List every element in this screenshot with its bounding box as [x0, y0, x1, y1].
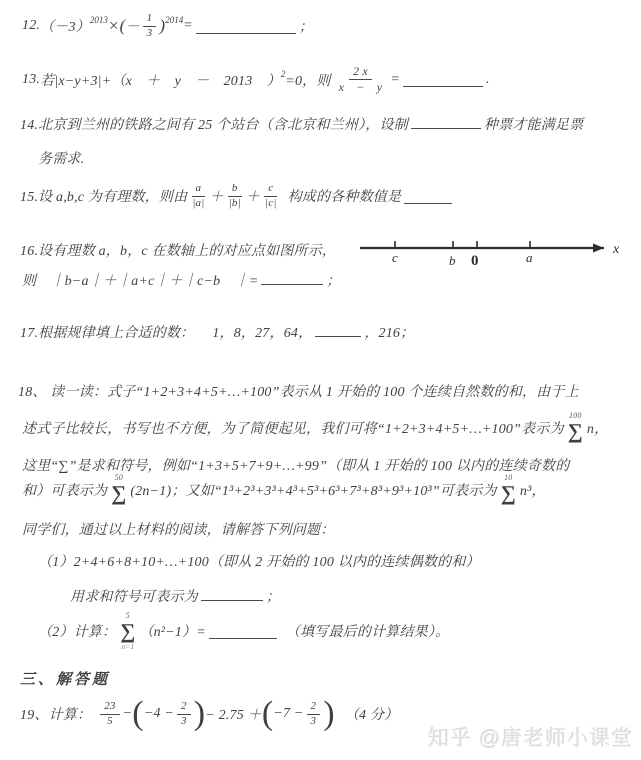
sigma-icon: ∑: [568, 421, 583, 442]
fraction: 13: [143, 12, 157, 41]
answer-blank: [261, 270, 323, 285]
number-sequence: 1，8，27，64，: [212, 326, 312, 341]
question-text: 构成的各种数值是: [288, 186, 402, 206]
math-segment: −4 −: [144, 706, 174, 722]
axis-label-x: x: [612, 242, 620, 257]
equals-sign: =: [390, 72, 400, 88]
question-15: 15.设 a,b,c 为有理数，则由 a|a| ＋ b|b| ＋ c|c| 构成…: [20, 182, 455, 211]
question-text: 16.设有理数 a，b，c 在数轴上的对应点如图所示，: [20, 244, 336, 259]
sigma-notation: 5∑n=1: [120, 612, 135, 651]
question-number: 13.: [22, 72, 40, 88]
axis-label-a: a: [526, 250, 533, 265]
question-text: 18、 读一读：式子“1+2+3+4+5+…+100”表示从 1 开始的 100…: [18, 385, 579, 400]
fraction: 235: [100, 700, 119, 729]
math-segment: −7 −: [273, 706, 303, 722]
denominator: 5: [105, 715, 115, 729]
q12-expression: 12. （－3）2013 ×( － 13 )2014 = ；: [22, 12, 313, 41]
axis-label-b: b: [449, 253, 456, 268]
punctuation: ；: [299, 16, 313, 36]
punctuation: .: [486, 72, 490, 88]
fraction: b|b|: [227, 182, 243, 211]
question-18-line4: 和）可表示为 50∑ (2n−1)；又如“1³+2³+3³+4³+5³+6³+7…: [22, 474, 546, 505]
question-text: 15.设 a,b,c 为有理数，则由: [20, 186, 187, 206]
close-paren: ): [323, 700, 335, 727]
watermark-text: 知乎 @唐老师小课堂: [428, 727, 633, 750]
question-18-part2: （2）计算： 5∑n=1 （n²−1）= （填写最后的计算结果）。: [38, 612, 449, 651]
worksheet-page: 12. （－3）2013 ×( － 13 )2014 = ； 13. 若|x−y…: [0, 0, 641, 760]
question-19: 19、 计算： 235 − ( −4 − 23 ) − 2.75 ＋ ( −7 …: [20, 700, 398, 729]
math-segment: ×(: [108, 16, 126, 36]
axis-label-zero: 0: [471, 253, 479, 269]
sigma-icon: ∑: [501, 483, 516, 504]
question-text: 务需求.: [38, 152, 84, 167]
punctuation: ；: [326, 274, 340, 289]
math-segment: n，: [587, 418, 608, 438]
answer-blank: [403, 72, 483, 87]
numerator: 1: [143, 12, 157, 27]
question-18-line2: 述式子比较长，书写也不方便，为了简便起见，我们可将“1+2+3+4+5+…+10…: [22, 412, 608, 443]
question-number: 19、: [20, 704, 49, 724]
question-13: 13. 若|x−y+3|+（x ＋ y － 2013 ）2 =0，则 2 xx …: [22, 64, 490, 95]
math-segment: − 2.75 ＋: [205, 704, 262, 724]
question-text: 这里“∑”是求和符号，例如“1+3+5+7+9+…+99”（即从 1 开始的 1…: [22, 459, 569, 474]
answer-blank: [315, 322, 361, 337]
question-18-line1: 18、 读一读：式子“1+2+3+4+5+…+100”表示从 1 开始的 100…: [18, 381, 579, 401]
number-line-figure: c b 0 a x: [358, 228, 634, 272]
q13-expression: 13. 若|x−y+3|+（x ＋ y － 2013 ）2 =0，则 2 xx …: [22, 64, 490, 95]
question-text: （1）2+4+6+8+10+…+100（即从 2 开始的 100 以内的连续偶数…: [38, 555, 480, 570]
math-segment: 若|x−y+3|+（x ＋ y － 2013 ）: [40, 70, 281, 90]
question-text: 种票才能满足票: [484, 118, 583, 133]
punctuation: ；: [266, 590, 280, 605]
denominator: |b|: [227, 197, 243, 211]
sigma-lower-limit: n=1: [121, 643, 134, 651]
number-sequence: ，216；: [364, 326, 414, 341]
question-18-part1-answer: 用求和符号可表示为；: [70, 586, 280, 606]
question-text: 述式子比较长，书写也不方便，为了简便起见，我们可将“1+2+3+4+5+…+10…: [22, 418, 564, 438]
section-title-text: 三、解答题: [20, 672, 110, 688]
question-text: （2）计算：: [38, 621, 116, 641]
question-18-line3: 这里“∑”是求和符号，例如“1+3+5+7+9+…+99”（即从 1 开始的 1…: [22, 455, 569, 475]
denominator: |c|: [263, 197, 279, 211]
plus-sign: ＋: [246, 186, 260, 206]
numerator: c: [264, 182, 277, 197]
math-segment: （－3）: [40, 16, 90, 36]
question-17: 17.根据规律填上合适的数：1，8，27，64，，216；: [20, 322, 414, 342]
minus-sign: −: [123, 706, 133, 722]
question-16-line2: 则 ｜b−a｜＋｜a+c｜＋｜c−b ｜=；: [22, 270, 341, 290]
math-segment: (2n−1)；又如“1³+2³+3³+4³+5³+6³+7³+8³+9³+10³…: [130, 480, 496, 500]
exponent: 2014: [165, 15, 183, 25]
minus-sign: －: [125, 16, 139, 36]
exponent: 2: [281, 69, 286, 79]
question-12: 12. （－3）2013 ×( － 13 )2014 = ；: [22, 12, 313, 41]
numerator: b: [228, 182, 242, 197]
question-18-part1: （1）2+4+6+8+10+…+100（即从 2 开始的 100 以内的连续偶数…: [38, 551, 480, 571]
watermark: 知乎 @唐老师小课堂: [428, 722, 633, 752]
denominator: x − y: [337, 80, 385, 95]
answer-blank: [411, 114, 481, 129]
question-text: 和）可表示为: [22, 480, 107, 500]
question-text: 同学们，通过以上材料的阅读，请解答下列问题：: [22, 523, 334, 538]
question-18-line5: 同学们，通过以上材料的阅读，请解答下列问题：: [22, 519, 334, 539]
question-text: 计算：: [49, 704, 92, 724]
denominator: 3: [145, 27, 155, 41]
exponent: 2013: [90, 15, 108, 25]
open-paren: (: [132, 700, 144, 727]
open-paren: (: [262, 700, 274, 727]
sigma-notation: 10∑: [501, 474, 516, 505]
question-text: （填写最后的计算结果）。: [286, 621, 449, 641]
sigma-icon: ∑: [111, 483, 126, 504]
fraction: c|c|: [263, 182, 279, 211]
question-text: 17.根据规律填上合适的数：: [20, 326, 194, 341]
fraction: 2 xx − y: [337, 64, 385, 95]
fraction: 23: [307, 700, 321, 729]
answer-blank: [201, 586, 263, 601]
numerator: 23: [100, 700, 119, 715]
question-text: 用求和符号可表示为: [70, 590, 198, 605]
answer-blank: [196, 19, 296, 34]
math-segment: n³，: [520, 480, 546, 500]
numerator: a: [192, 182, 206, 197]
sigma-notation: 100∑: [568, 412, 583, 443]
question-text: 14.北京到兰州的铁路之间有 25 个站台（含北京和兰州），设制: [20, 118, 408, 133]
section-heading: 三、解答题: [20, 668, 110, 689]
math-segment: =0，则: [285, 70, 330, 90]
numerator: 2: [307, 700, 321, 715]
numerator: 2 x: [349, 64, 372, 80]
equals-sign: =: [183, 18, 193, 34]
question-14-line1: 14.北京到兰州的铁路之间有 25 个站台（含北京和兰州），设制种票才能满足票: [20, 114, 583, 134]
plus-sign: ＋: [209, 186, 223, 206]
sigma-icon: ∑: [120, 621, 135, 642]
math-segment: （n²−1）=: [139, 621, 206, 641]
denominator: 3: [179, 715, 189, 729]
question-14-line2: 务需求.: [38, 148, 84, 168]
question-16-line1: 16.设有理数 a，b，c 在数轴上的对应点如图所示，: [20, 240, 336, 260]
question-number: 12.: [22, 18, 40, 34]
fraction: a|a|: [190, 182, 206, 211]
axis-arrowhead-icon: [593, 244, 604, 253]
math-segment: 则 ｜b−a｜＋｜a+c｜＋｜c−b ｜=: [22, 274, 258, 289]
answer-blank: [209, 624, 277, 639]
denominator: |a|: [190, 197, 206, 211]
fraction: 23: [177, 700, 191, 729]
numerator: 2: [177, 700, 191, 715]
close-paren: ): [194, 700, 206, 727]
answer-blank: [404, 189, 452, 204]
denominator: 3: [309, 715, 319, 729]
score-label: （4 分）: [345, 704, 399, 724]
sigma-notation: 50∑: [111, 474, 126, 505]
axis-label-c: c: [392, 250, 398, 265]
